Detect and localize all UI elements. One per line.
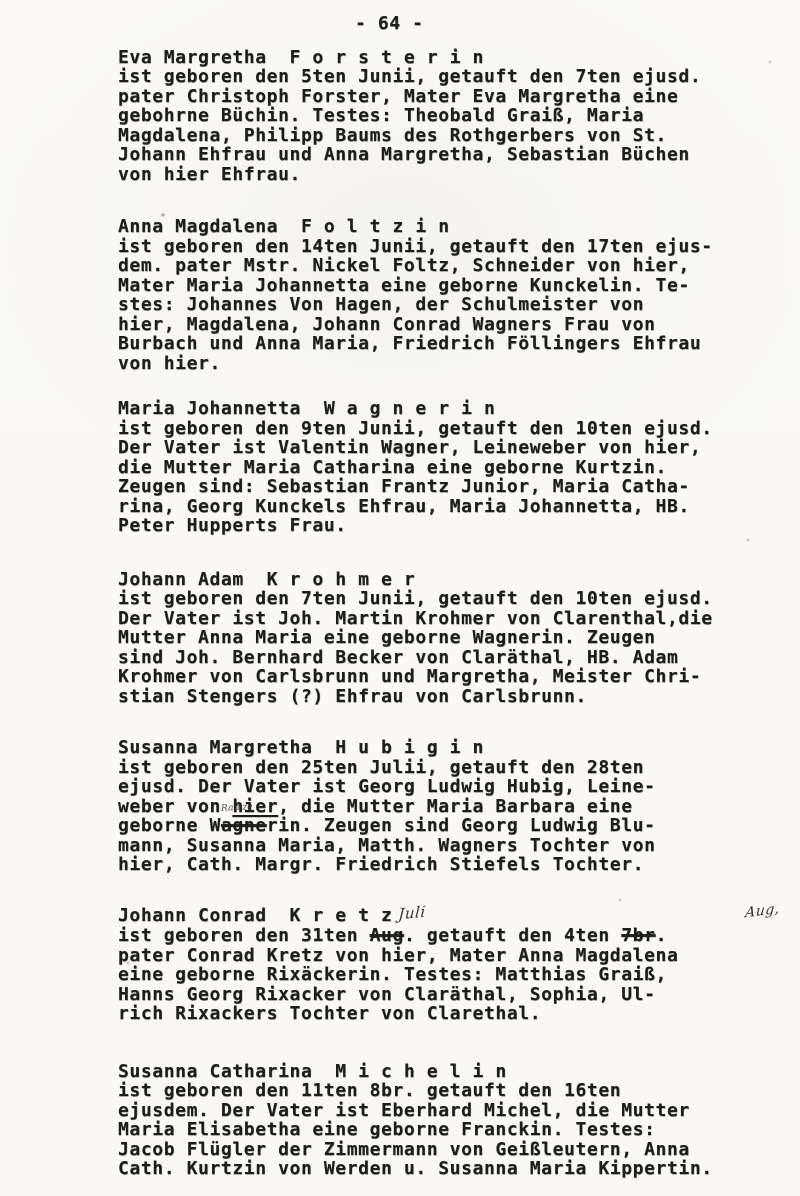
entry-line: pater Conrad Kretz von hier, Mater Anna … (118, 946, 800, 966)
entry-line: Maria Elisabetha eine geborne Franckin. … (118, 1120, 800, 1140)
entry-line: ist geboren den 14ten Junii, getauft den… (118, 237, 800, 257)
text-segment: ejusd. Der Vater ist Georg Ludwig Hubig,… (118, 776, 656, 797)
text-segment: hier, Magdalena, Johann Conrad Wagners F… (118, 314, 656, 335)
handwritten-annotation: Juli (397, 902, 426, 925)
entry-line: Der Vater ist Joh. Martin Krohmer von Cl… (118, 609, 800, 629)
text-segment: ist geboren den 31ten (118, 925, 370, 946)
entry-line: Zeugen sind: Sebastian Frantz Junior, Ma… (118, 477, 800, 497)
entry-block: Eva Margretha F o r s t e r i nist gebor… (118, 48, 800, 185)
text-segment: Johann Adam K r o h m e r (118, 569, 415, 590)
text-segment: von hier Ehfrau. (118, 164, 301, 185)
entry-line: Maria Johannetta W a g n e r i n (118, 399, 800, 419)
entry-line: ist geboren den 31ten Aug. getauft den 4… (118, 926, 800, 946)
entry-line: Peter Hupperts Frau. (118, 516, 800, 536)
entry-line: rina, Georg Kunckels Ehfrau, Maria Johan… (118, 497, 800, 517)
text-segment: Jacob Flügler der Zimmermann von Geißleu… (118, 1139, 690, 1160)
entry-line: gebohrne Büchin. Testes: Theobald Graiß,… (118, 106, 800, 126)
text-segment: . getauft den 4ten (404, 925, 621, 946)
entry-line: Johann Ehfrau und Anna Margretha, Sebast… (118, 145, 800, 165)
entry-line: stes: Johannes Von Hagen, der Schulmeist… (118, 295, 800, 315)
text-segment: . (656, 925, 667, 946)
text-segment: Eva Margretha F o r s t e r i n (118, 47, 484, 68)
text-segment: geborne W (118, 815, 221, 836)
text-segment: rina, Georg Kunckels Ehfrau, Maria Johan… (118, 496, 690, 517)
text-segment: rich Rixackers Tochter von Clarethal. (118, 1003, 541, 1024)
entry-line: Hanns Georg Rixacker von Claräthal, Soph… (118, 985, 800, 1005)
text-segment: ist geboren den 7ten Junii, getauft den … (118, 588, 713, 609)
entry-block: Susanna Catharina M i c h e l i nist geb… (118, 1062, 800, 1179)
entry-line: Mutter Anna Maria eine geborne Wagnerin.… (118, 628, 800, 648)
text-segment: ist geboren den 25ten Julii, getauft den… (118, 757, 644, 778)
entry-line: ist geboren den 25ten Julii, getauft den… (118, 758, 800, 778)
text-segment: Zeugen sind: Sebastian Frantz Junior, Ma… (118, 476, 690, 497)
entry-block: Johann Conrad K r e t zJuliAug,ist gebor… (118, 906, 800, 1024)
text-segment: Magdalena, Philipp Baums des Rothgerbers… (118, 125, 667, 146)
text-segment: , die Mutter Maria Barbara eine (278, 796, 633, 817)
entry-line: Magdalena, Philipp Baums des Rothgerbers… (118, 126, 800, 146)
text-segment: Mater Maria Johannetta eine geborne Kunc… (118, 275, 690, 296)
entry-line: stian Stengers (?) Ehfrau von Carlsbrunn… (118, 687, 800, 707)
text-segment: Maria Elisabetha eine geborne Franckin. … (118, 1119, 656, 1140)
baptism-entries-list: Eva Margretha F o r s t e r i nist gebor… (118, 48, 800, 1179)
entry-line: ist geboren den 7ten Junii, getauft den … (118, 589, 800, 609)
entry-block: Susanna Margretha H u b i g i nist gebor… (118, 738, 800, 875)
text-segment: ist geboren den 14ten Junii, getauft den… (118, 236, 713, 257)
text-segment: weber von (118, 796, 232, 817)
entry-line: Anna Magdalena F o l t z i n (118, 217, 800, 237)
text-segment: Der Vater ist Valentin Wagner, Leinewebe… (118, 437, 701, 458)
entry-line: Susanna Catharina M i c h e l i n (118, 1062, 800, 1082)
handwritten-margin-annotation: Aug, (744, 899, 780, 923)
entry-block: Anna Magdalena F o l t z i nist geboren … (118, 217, 800, 373)
entry-line: Der Vater ist Valentin Wagner, Leinewebe… (118, 438, 800, 458)
text-segment: Der Vater ist Joh. Martin Krohmer von Cl… (118, 608, 713, 629)
text-segment: Hanns Georg Rixacker von Claräthal, Soph… (118, 984, 656, 1005)
text-segment: Johann Conrad K r e t z (118, 905, 393, 926)
text-segment: die Mutter Maria Catharina eine geborne … (118, 457, 667, 478)
text-segment: stes: Johannes Von Hagen, der Schulmeist… (118, 294, 644, 315)
entry-line: Jacob Flügler der Zimmermann von Geißleu… (118, 1140, 800, 1160)
entry-line: ist geboren den 5ten Junii, getauft den … (118, 67, 800, 87)
entry-line: Johann Conrad K r e t zJuliAug, (118, 906, 800, 927)
text-segment: Susanna Catharina M i c h e l i n (118, 1061, 507, 1082)
text-segment: eine geborne Rixäckerin. Testes: Matthia… (118, 964, 667, 985)
text-segment: dem. pater Mstr. Nickel Foltz, Schneider… (118, 255, 690, 276)
entry-line: ist geboren den 9ten Junii, getauft den … (118, 419, 800, 439)
entry-line: ist geboren den 11ten 8br. getauft den 1… (118, 1081, 800, 1101)
handwritten-annotation-text: Ran'ze (220, 798, 253, 819)
text-segment: Mutter Anna Maria eine geborne Wagnerin.… (118, 627, 656, 648)
text-segment: rin. Zeugen sind Georg Ludwig Blu- (267, 815, 656, 836)
page-number: - 64 - (355, 14, 800, 34)
text-segment: ist geboren den 5ten Junii, getauft den … (118, 66, 701, 87)
entry-line: ejusdem. Der Vater ist Eberhard Michel, … (118, 1101, 800, 1121)
scanned-register-page: - 64 - Eva Margretha F o r s t e r i nis… (0, 0, 800, 1196)
entry-line: von hier Ehfrau. (118, 165, 800, 185)
entry-line: von hier. (118, 354, 800, 374)
entry-line: dem. pater Mstr. Nickel Foltz, Schneider… (118, 256, 800, 276)
strikethrough-text: Aug (370, 925, 404, 946)
text-segment: gebohrne Büchin. Testes: Theobald Graiß,… (118, 105, 644, 126)
entry-line: geborne WRan'zeagnerin. Zeugen sind Geor… (118, 816, 800, 836)
entry-line: eine geborne Rixäckerin. Testes: Matthia… (118, 965, 800, 985)
entry-line: Susanna Margretha H u b i g i n (118, 738, 800, 758)
entry-line: pater Christoph Forster, Mater Eva Margr… (118, 87, 800, 107)
text-segment: Johann Ehfrau und Anna Margretha, Sebast… (118, 144, 690, 165)
text-segment: pater Christoph Forster, Mater Eva Margr… (118, 86, 678, 107)
entry-line: rich Rixackers Tochter von Clarethal. (118, 1004, 800, 1024)
text-segment: ist geboren den 11ten 8br. getauft den 1… (118, 1080, 621, 1101)
text-segment: Anna Magdalena F o l t z i n (118, 216, 450, 237)
text-segment: Burbach und Anna Maria, Friedrich Föllin… (118, 333, 701, 354)
entry-line: Mater Maria Johannetta eine geborne Kunc… (118, 276, 800, 296)
text-segment: mann, Susanna Maria, Matth. Wagners Toch… (118, 835, 656, 856)
text-segment: Susanna Margretha H u b i g i n (118, 737, 484, 758)
text-segment: von hier. (118, 353, 221, 374)
entry-line: Johann Adam K r o h m e r (118, 570, 800, 590)
text-segment: sind Joh. Bernhard Becker von Claräthal,… (118, 647, 678, 668)
entry-line: mann, Susanna Maria, Matth. Wagners Toch… (118, 836, 800, 856)
entry-line: hier, Cath. Margr. Friedrich Stiefels To… (118, 855, 800, 875)
entry-line: Eva Margretha F o r s t e r i n (118, 48, 800, 68)
text-segment: Cath. Kurtzin von Werden u. Susanna Mari… (118, 1158, 713, 1179)
entry-line: Krohmer von Carlsbrunn und Margretha, Me… (118, 667, 800, 687)
text-segment: Krohmer von Carlsbrunn und Margretha, Me… (118, 666, 701, 687)
entry-line: Burbach und Anna Maria, Friedrich Föllin… (118, 334, 800, 354)
entry-block: Johann Adam K r o h m e rist geboren den… (118, 570, 800, 707)
text-segment: Peter Hupperts Frau. (118, 515, 347, 536)
entry-line: ejusd. Der Vater ist Georg Ludwig Hubig,… (118, 777, 800, 797)
text-segment: ejusdem. Der Vater ist Eberhard Michel, … (118, 1100, 690, 1121)
entry-line: die Mutter Maria Catharina eine geborne … (118, 458, 800, 478)
entry-block: Maria Johannetta W a g n e r i nist gebo… (118, 399, 800, 536)
strikethrough-text: 7br (621, 925, 655, 946)
entry-line: sind Joh. Bernhard Becker von Claräthal,… (118, 648, 800, 668)
entry-line: hier, Magdalena, Johann Conrad Wagners F… (118, 315, 800, 335)
text-segment: Maria Johannetta W a g n e r i n (118, 398, 495, 419)
entry-line: Cath. Kurtzin von Werden u. Susanna Mari… (118, 1159, 800, 1179)
text-segment: pater Conrad Kretz von hier, Mater Anna … (118, 945, 678, 966)
text-segment: hier, Cath. Margr. Friedrich Stiefels To… (118, 854, 644, 875)
text-segment: stian Stengers (?) Ehfrau von Carlsbrunn… (118, 686, 587, 707)
text-segment: ist geboren den 9ten Junii, getauft den … (118, 418, 713, 439)
